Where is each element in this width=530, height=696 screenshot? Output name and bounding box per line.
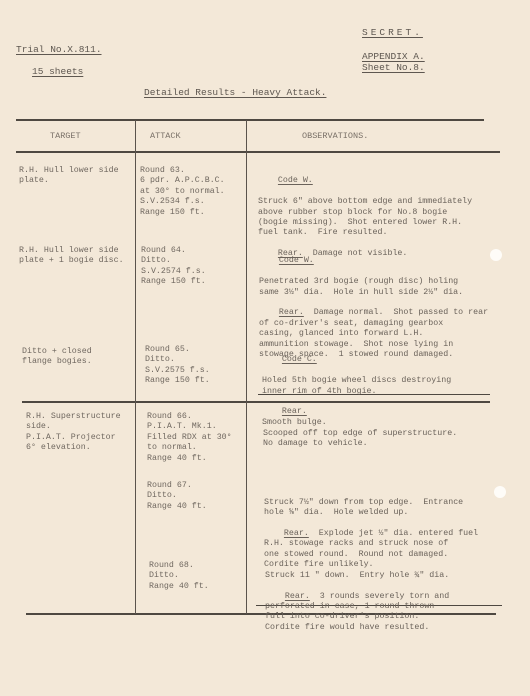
column-divider-2 (246, 120, 247, 614)
classification-marking: SECRET. (362, 27, 423, 38)
row4-target: R.H. Superstructure side. P.I.A.T. Proje… (26, 412, 121, 454)
row6-observations: Struck 11 " down. Entry hole ¾" dia. Rea… (265, 550, 449, 644)
row4-observations: Scooped off top edge of superstructure. … (263, 408, 457, 470)
trial-number: Trial No.X.811. (16, 44, 102, 55)
row2-code: Code W. (279, 256, 314, 265)
paper-blemish (494, 486, 506, 498)
column-header-observations: OBSERVATIONS. (302, 131, 368, 141)
appendix-label: APPENDIX A. (362, 51, 425, 62)
table-top-rule (16, 119, 484, 121)
row5-attack: Round 67. Ditto. Range 40 ft. (147, 481, 207, 512)
sheets-count: 15 sheets (32, 66, 83, 77)
paper-blemish (490, 249, 502, 261)
row2-observation-text: Penetrated 3rd bogie (rough disc) holing… (259, 277, 488, 298)
row3-target: Ditto + closed flange bogies. (22, 347, 92, 368)
row5-rear-label: Rear. (284, 529, 309, 538)
header-bottom-rule (16, 151, 500, 153)
sheet-number: Sheet No.8. (362, 62, 425, 73)
row2-attack: Round 64. Ditto. S.V.2574 f.s. Range 150… (141, 246, 206, 288)
row1-code: Code W. (278, 176, 313, 185)
row3-observation-text: Holed 5th bogie wheel discs destroying i… (262, 376, 451, 397)
row4-attack: Round 66. P.I.A.T. Mk.1. Filled RDX at 3… (147, 412, 232, 464)
column-header-attack: ATTACK (150, 131, 181, 141)
document-title: Detailed Results - Heavy Attack. (144, 87, 326, 98)
row1-target: R.H. Hull lower side plate. (19, 166, 119, 187)
column-divider-1 (135, 120, 136, 614)
row5-observation-text: Struck 7½" down from top edge. Entrance … (264, 498, 478, 519)
row2-rear-label: Rear. (279, 308, 304, 317)
row3-attack: Round 65. Ditto. S.V.2575 f.s. Range 150… (145, 345, 210, 387)
row3-code: Code C. (282, 355, 317, 364)
row6-attack: Round 68. Ditto. Range 40 ft. (149, 561, 209, 592)
row1-attack: Round 63. 6 pdr. A.P.C.B.C. at 30° to no… (140, 166, 225, 218)
row6-rear-label: Rear. (285, 592, 310, 601)
row6-observation-text: Struck 11 " down. Entry hole ¾" dia. (265, 571, 449, 581)
row1-observation-text: Struck 6" above bottom edge and immediat… (258, 197, 472, 239)
row2-target: R.H. Hull lower side plate + 1 bogie dis… (19, 246, 124, 267)
column-header-target: TARGET (50, 131, 81, 141)
row4-observation-text: Scooped off top edge of superstructure. … (263, 429, 457, 450)
